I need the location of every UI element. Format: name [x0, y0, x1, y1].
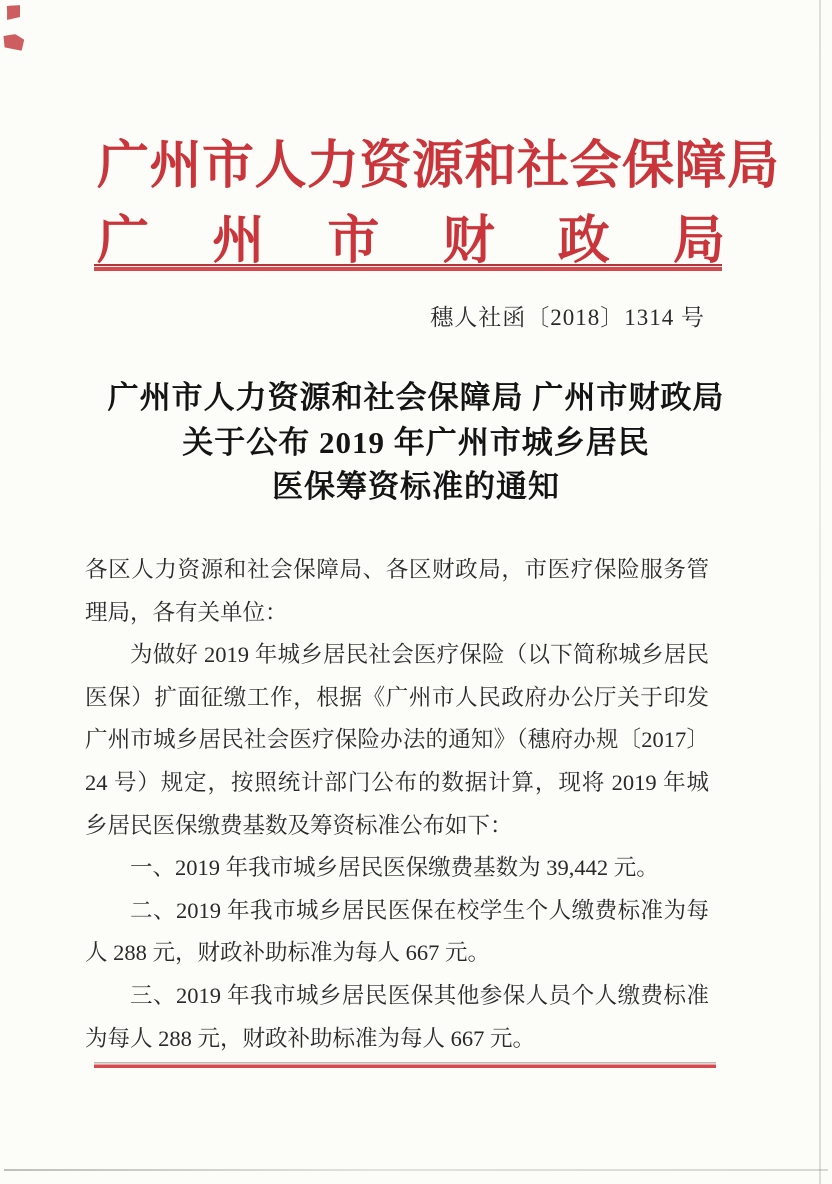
document-title: 广州市人力资源和社会保障局 广州市财政局 关于公布 2019 年广州市城乡居民 …: [0, 376, 832, 510]
paragraph-item-3: 三、2019 年我市城乡居民医保其他参保人员个人缴费标准为每人 288 元，财政…: [85, 975, 709, 1060]
title-line-2: 关于公布 2019 年广州市城乡居民: [0, 421, 832, 466]
scan-edge-line-horizontal: [4, 1169, 828, 1171]
scan-edge-line-vertical: [819, 0, 821, 1184]
letterhead-red-rule: [94, 264, 722, 271]
paragraph-intro: 为做好 2019 年城乡居民社会医疗保险（以下简称城乡居民医保）扩面征缴工作，根…: [85, 634, 709, 847]
paragraph-item-2: 二、2019 年我市城乡居民医保在校学生个人缴费标准为每人 288 元，财政补助…: [85, 890, 709, 975]
red-ink-artifact-1: [5, 4, 22, 20]
salutation: 各区人力资源和社会保障局、各区财政局，市医疗保险服务管理局，各有关单位：: [85, 549, 709, 634]
agency-letterhead: 广州市人力资源和社会保障局 广州市财政局: [97, 128, 725, 278]
scanned-document-page: 广州市人力资源和社会保障局 广州市财政局 穗人社函〔2018〕1314 号 广州…: [0, 0, 832, 1184]
document-number: 穗人社函〔2018〕1314 号: [430, 303, 705, 333]
title-line-1: 广州市人力资源和社会保障局 广州市财政局: [0, 376, 832, 421]
title-line-3: 医保筹资标准的通知: [0, 465, 832, 510]
red-ink-artifact-2: [2, 33, 24, 51]
document-body: 各区人力资源和社会保障局、各区财政局，市医疗保险服务管理局，各有关单位： 为做好…: [85, 549, 709, 1060]
letterhead-line-1: 广州市人力资源和社会保障局: [97, 128, 725, 206]
paragraph-item-1: 一、2019 年我市城乡居民医保缴费基数为 39,442 元。: [85, 847, 709, 890]
footer-red-rule: [94, 1062, 716, 1068]
